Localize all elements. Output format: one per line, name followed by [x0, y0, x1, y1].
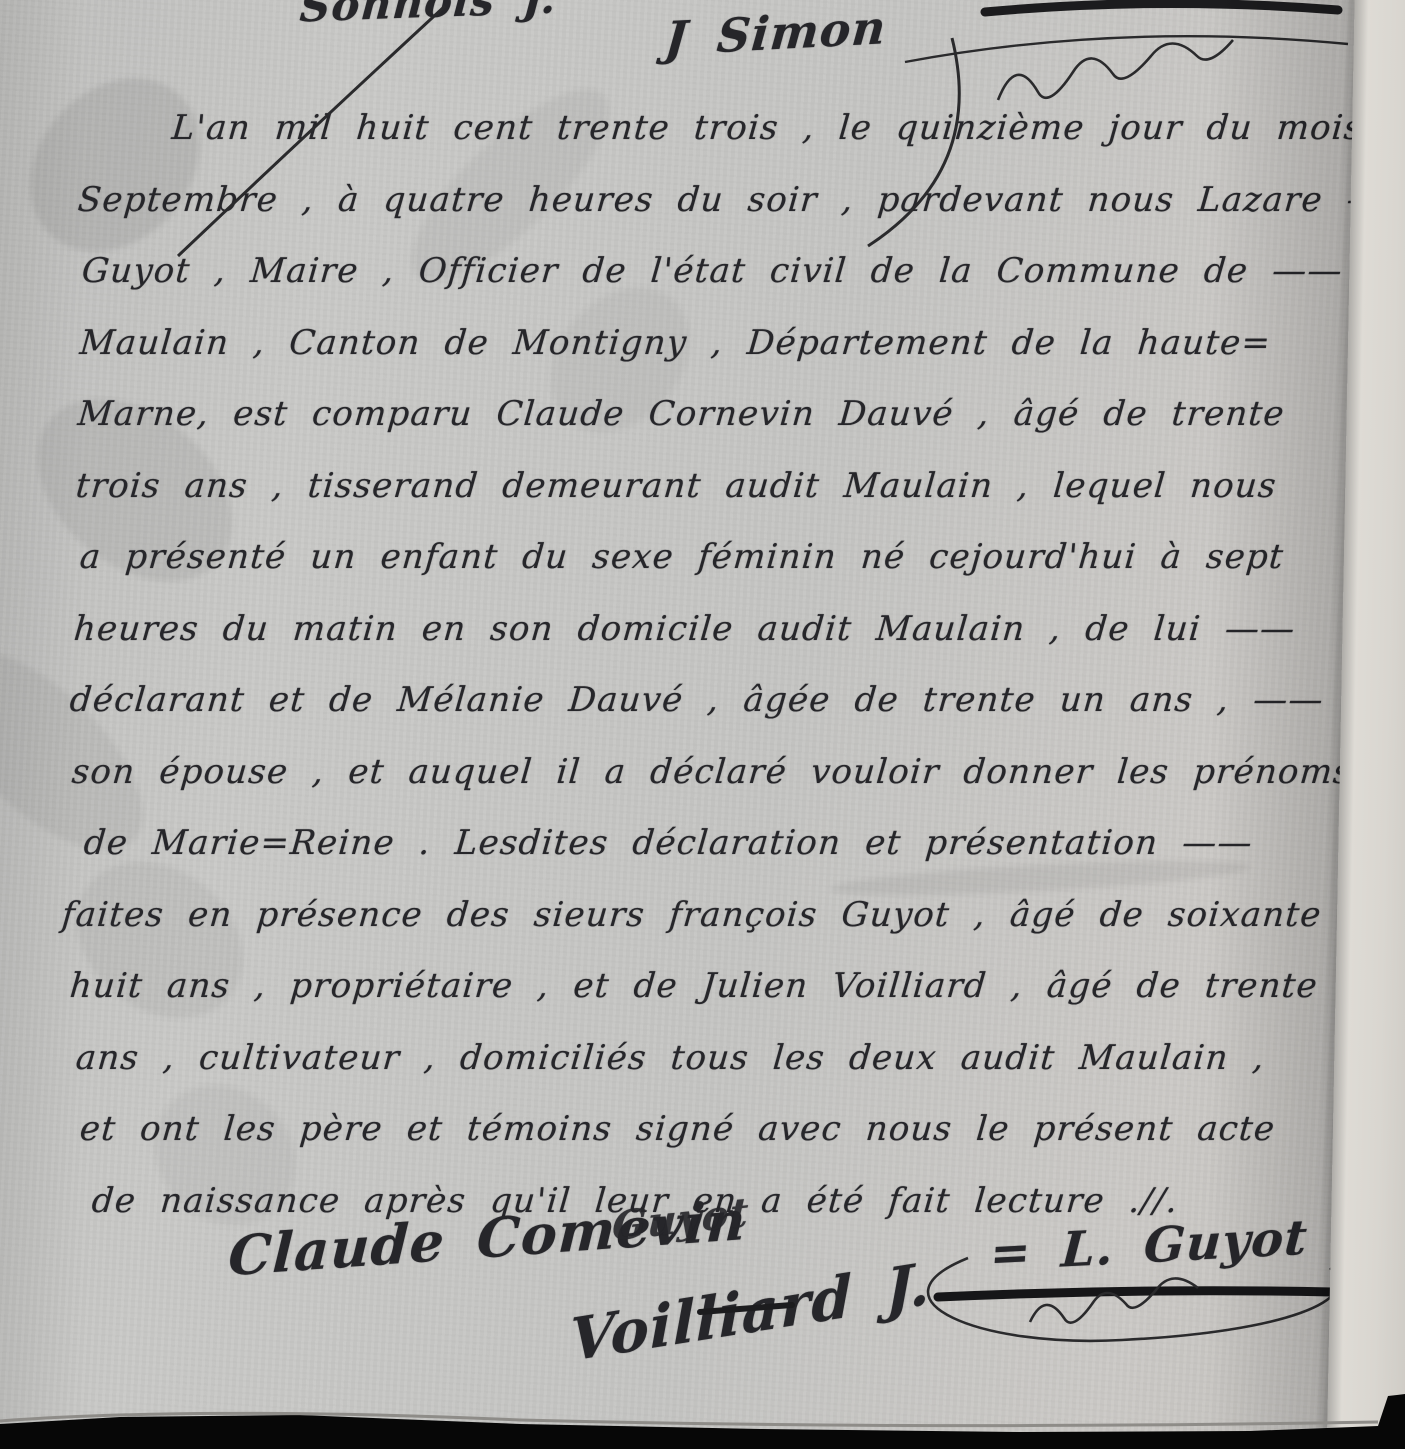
paraph-stroke [905, 36, 1348, 62]
act-line: son épouse , et auquel il a déclaré voul… [70, 752, 1353, 792]
act-line: L'an mil huit cent trente trois , le qui… [170, 108, 1405, 148]
act-line: Marne, est comparu Claude Cornevin Dauvé… [76, 394, 1286, 434]
act-line: a présenté un enfant du sexe féminin né … [78, 537, 1285, 577]
signature-witness-voilliard: Voilliard J. [570, 1249, 930, 1375]
bleedthrough-smudge [0, 44, 234, 286]
act-line: déclarant et de Mélanie Dauvé , âgée de … [68, 680, 1325, 720]
act-line: trois ans , tisserand demeurant audit Ma… [74, 466, 1278, 506]
act-line: faites en présence des sieurs françois G… [60, 895, 1323, 935]
signature-top-center: J Simon [663, 0, 889, 66]
act-line: heures du matin en son domicile audit Ma… [72, 609, 1297, 649]
page-bottom-edge [0, 1413, 1378, 1425]
act-line: huit ans , propriétaire , et de Julien V… [68, 966, 1319, 1006]
paraph-loops [998, 40, 1233, 100]
act-line: Maulain , Canton de Montigny , Départeme… [78, 323, 1273, 363]
paraph-stroke [938, 1291, 1332, 1297]
act-line: ans , cultivateur , domiciliés tous les … [74, 1038, 1266, 1078]
scanner-black-band [0, 1394, 1405, 1449]
signature-top-left-partial: Sonnois J. [298, 0, 558, 32]
paraph-loops [1030, 1278, 1198, 1322]
scanned-register-page: Sonnois J. J Simon L'an mil huit cent tr… [0, 0, 1405, 1449]
act-line: Septembre , à quatre heures du soir , pa… [76, 180, 1405, 220]
act-line: Guyot , Maire , Officier de l'état civil… [80, 251, 1344, 291]
act-line: de Marie=Reine . Lesdites déclaration et… [82, 823, 1254, 863]
act-line: et ont les père et témoins signé avec no… [78, 1109, 1277, 1149]
paraph-stroke [985, 3, 1338, 12]
